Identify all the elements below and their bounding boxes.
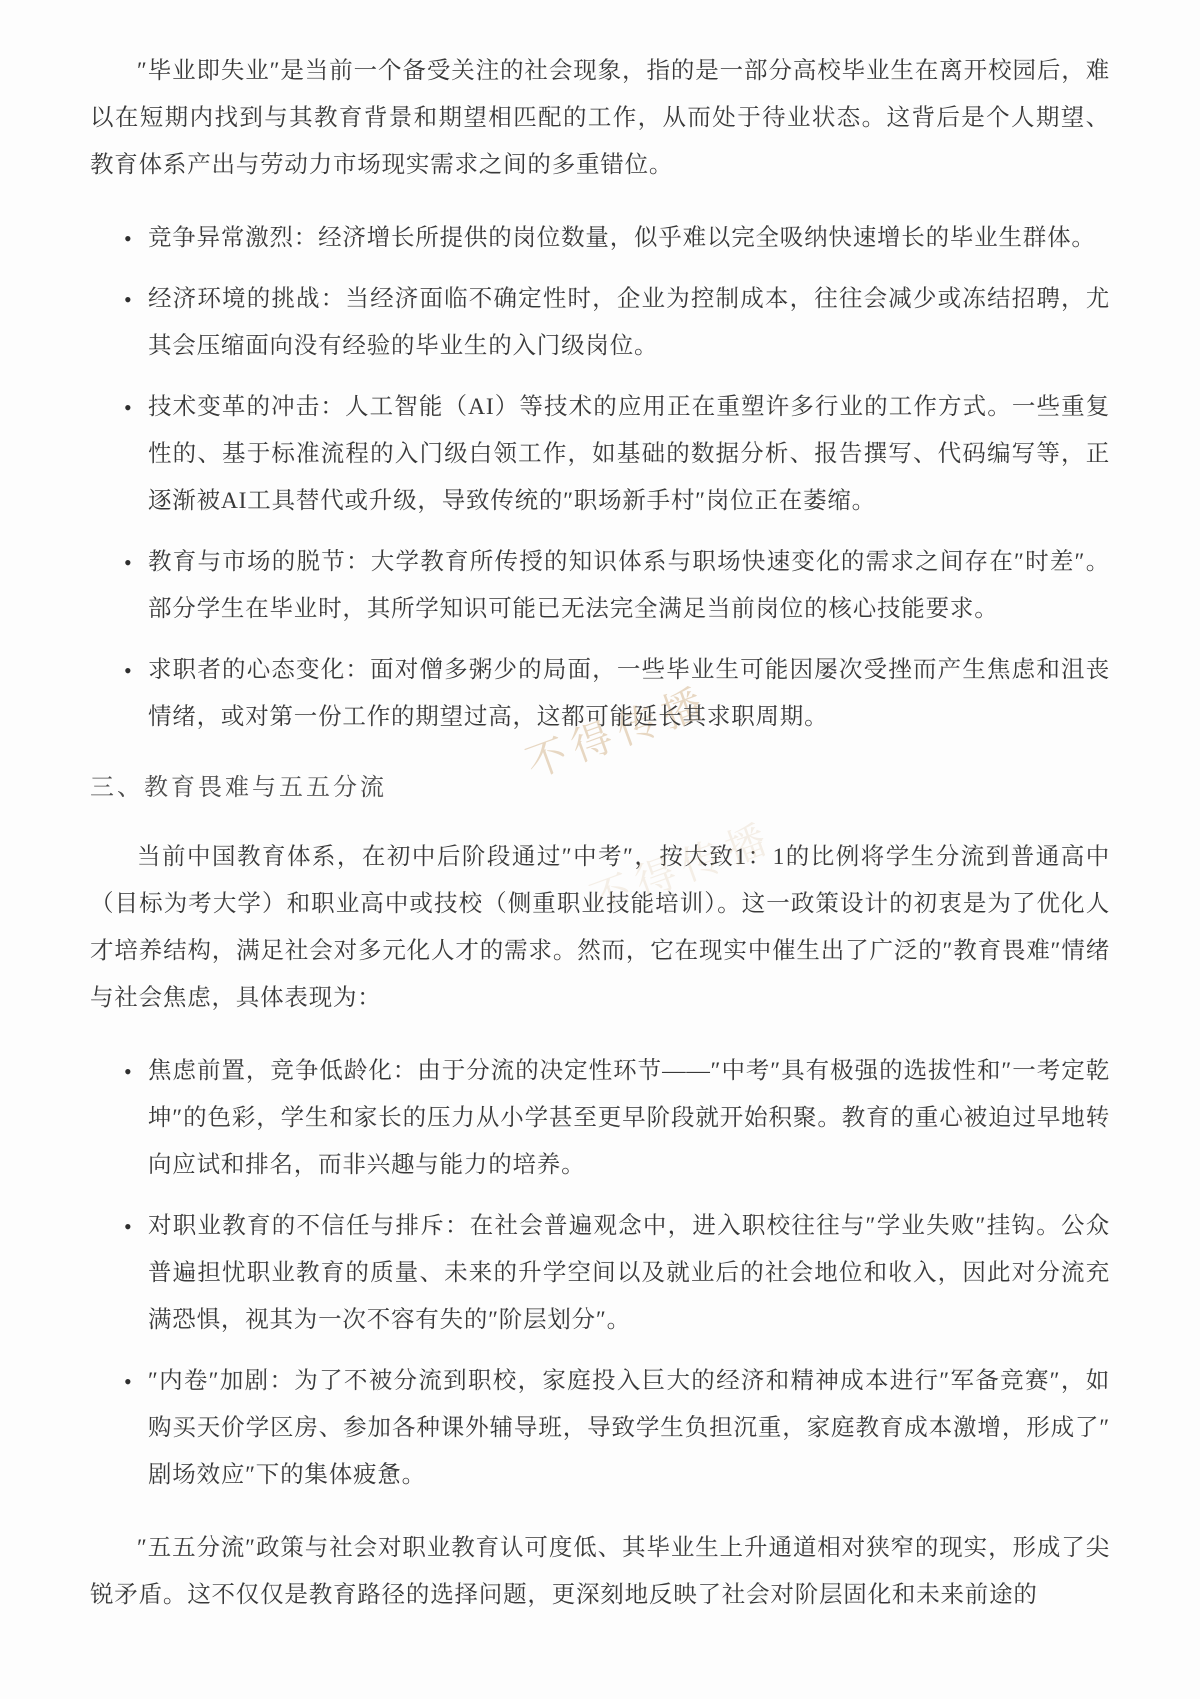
list-item-text: ″内卷″加剧：为了不被分流到职校，家庭投入巨大的经济和精神成本进行″军备竞赛″，…: [148, 1368, 1110, 1488]
list-item: • 竞争异常激烈：经济增长所提供的岗位数量，似乎难以完全吸纳快速增长的毕业生群体…: [148, 215, 1110, 262]
list-item: • 焦虑前置，竞争低龄化：由于分流的决定性环节——″中考″具有极强的选拔性和″一…: [148, 1048, 1110, 1189]
bullet-icon: •: [124, 1358, 132, 1405]
list-item: • 求职者的心态变化：面对僧多粥少的局面，一些毕业生可能因屡次受挫而产生焦虑和沮…: [148, 647, 1110, 741]
list-item: • 对职业教育的不信任与排斥：在社会普遍观念中，进入职校往往与″学业失败″挂钩。…: [148, 1203, 1110, 1344]
bullet-icon: •: [124, 384, 132, 431]
list-item-text: 教育与市场的脱节：大学教育所传授的知识体系与职场快速变化的需求之间存在″时差″。…: [148, 549, 1110, 622]
closing-paragraph: ″五五分流″政策与社会对职业教育认可度低、其毕业生上升通道相对狭窄的现实，形成了…: [90, 1525, 1110, 1619]
section-heading: 三、教育畏难与五五分流: [90, 765, 1110, 812]
list-item-text: 焦虑前置，竞争低龄化：由于分流的决定性环节——″中考″具有极强的选拔性和″一考定…: [148, 1058, 1110, 1178]
list-item: • 教育与市场的脱节：大学教育所传授的知识体系与职场快速变化的需求之间存在″时差…: [148, 539, 1110, 633]
document-page: 不得传播 不得传播 ″毕业即失业″是当前一个备受关注的社会现象，指的是一部分高校…: [0, 0, 1200, 1699]
list-item: • 技术变革的冲击：人工智能（AI）等技术的应用正在重塑许多行业的工作方式。一些…: [148, 384, 1110, 525]
list-item-text: 竞争异常激烈：经济增长所提供的岗位数量，似乎难以完全吸纳快速增长的毕业生群体。: [148, 225, 1096, 251]
section-paragraph: 当前中国教育体系，在初中后阶段通过″中考″，按大致1：1的比例将学生分流到普通高…: [90, 834, 1110, 1022]
list-item-text: 经济环境的挑战：当经济面临不确定性时，企业为控制成本，往往会减少或冻结招聘，尤其…: [148, 286, 1110, 359]
bullet-icon: •: [124, 215, 132, 262]
list-item-text: 对职业教育的不信任与排斥：在社会普遍观念中，进入职校往往与″学业失败″挂钩。公众…: [148, 1213, 1110, 1333]
list-item-text: 技术变革的冲击：人工智能（AI）等技术的应用正在重塑许多行业的工作方式。一些重复…: [148, 394, 1110, 514]
unemployment-factors-list: • 竞争异常激烈：经济增长所提供的岗位数量，似乎难以完全吸纳快速增长的毕业生群体…: [90, 215, 1110, 741]
intro-paragraph: ″毕业即失业″是当前一个备受关注的社会现象，指的是一部分高校毕业生在离开校园后，…: [90, 48, 1110, 189]
bullet-icon: •: [124, 1203, 132, 1250]
list-item-text: 求职者的心态变化：面对僧多粥少的局面，一些毕业生可能因屡次受挫而产生焦虑和沮丧情…: [148, 657, 1110, 730]
bullet-icon: •: [124, 276, 132, 323]
bullet-icon: •: [124, 647, 132, 694]
list-item: • ″内卷″加剧：为了不被分流到职校，家庭投入巨大的经济和精神成本进行″军备竞赛…: [148, 1358, 1110, 1499]
list-item: • 经济环境的挑战：当经济面临不确定性时，企业为控制成本，往往会减少或冻结招聘，…: [148, 276, 1110, 370]
bullet-icon: •: [124, 1048, 132, 1095]
bullet-icon: •: [124, 539, 132, 586]
education-anxiety-list: • 焦虑前置，竞争低龄化：由于分流的决定性环节——″中考″具有极强的选拔性和″一…: [90, 1048, 1110, 1499]
